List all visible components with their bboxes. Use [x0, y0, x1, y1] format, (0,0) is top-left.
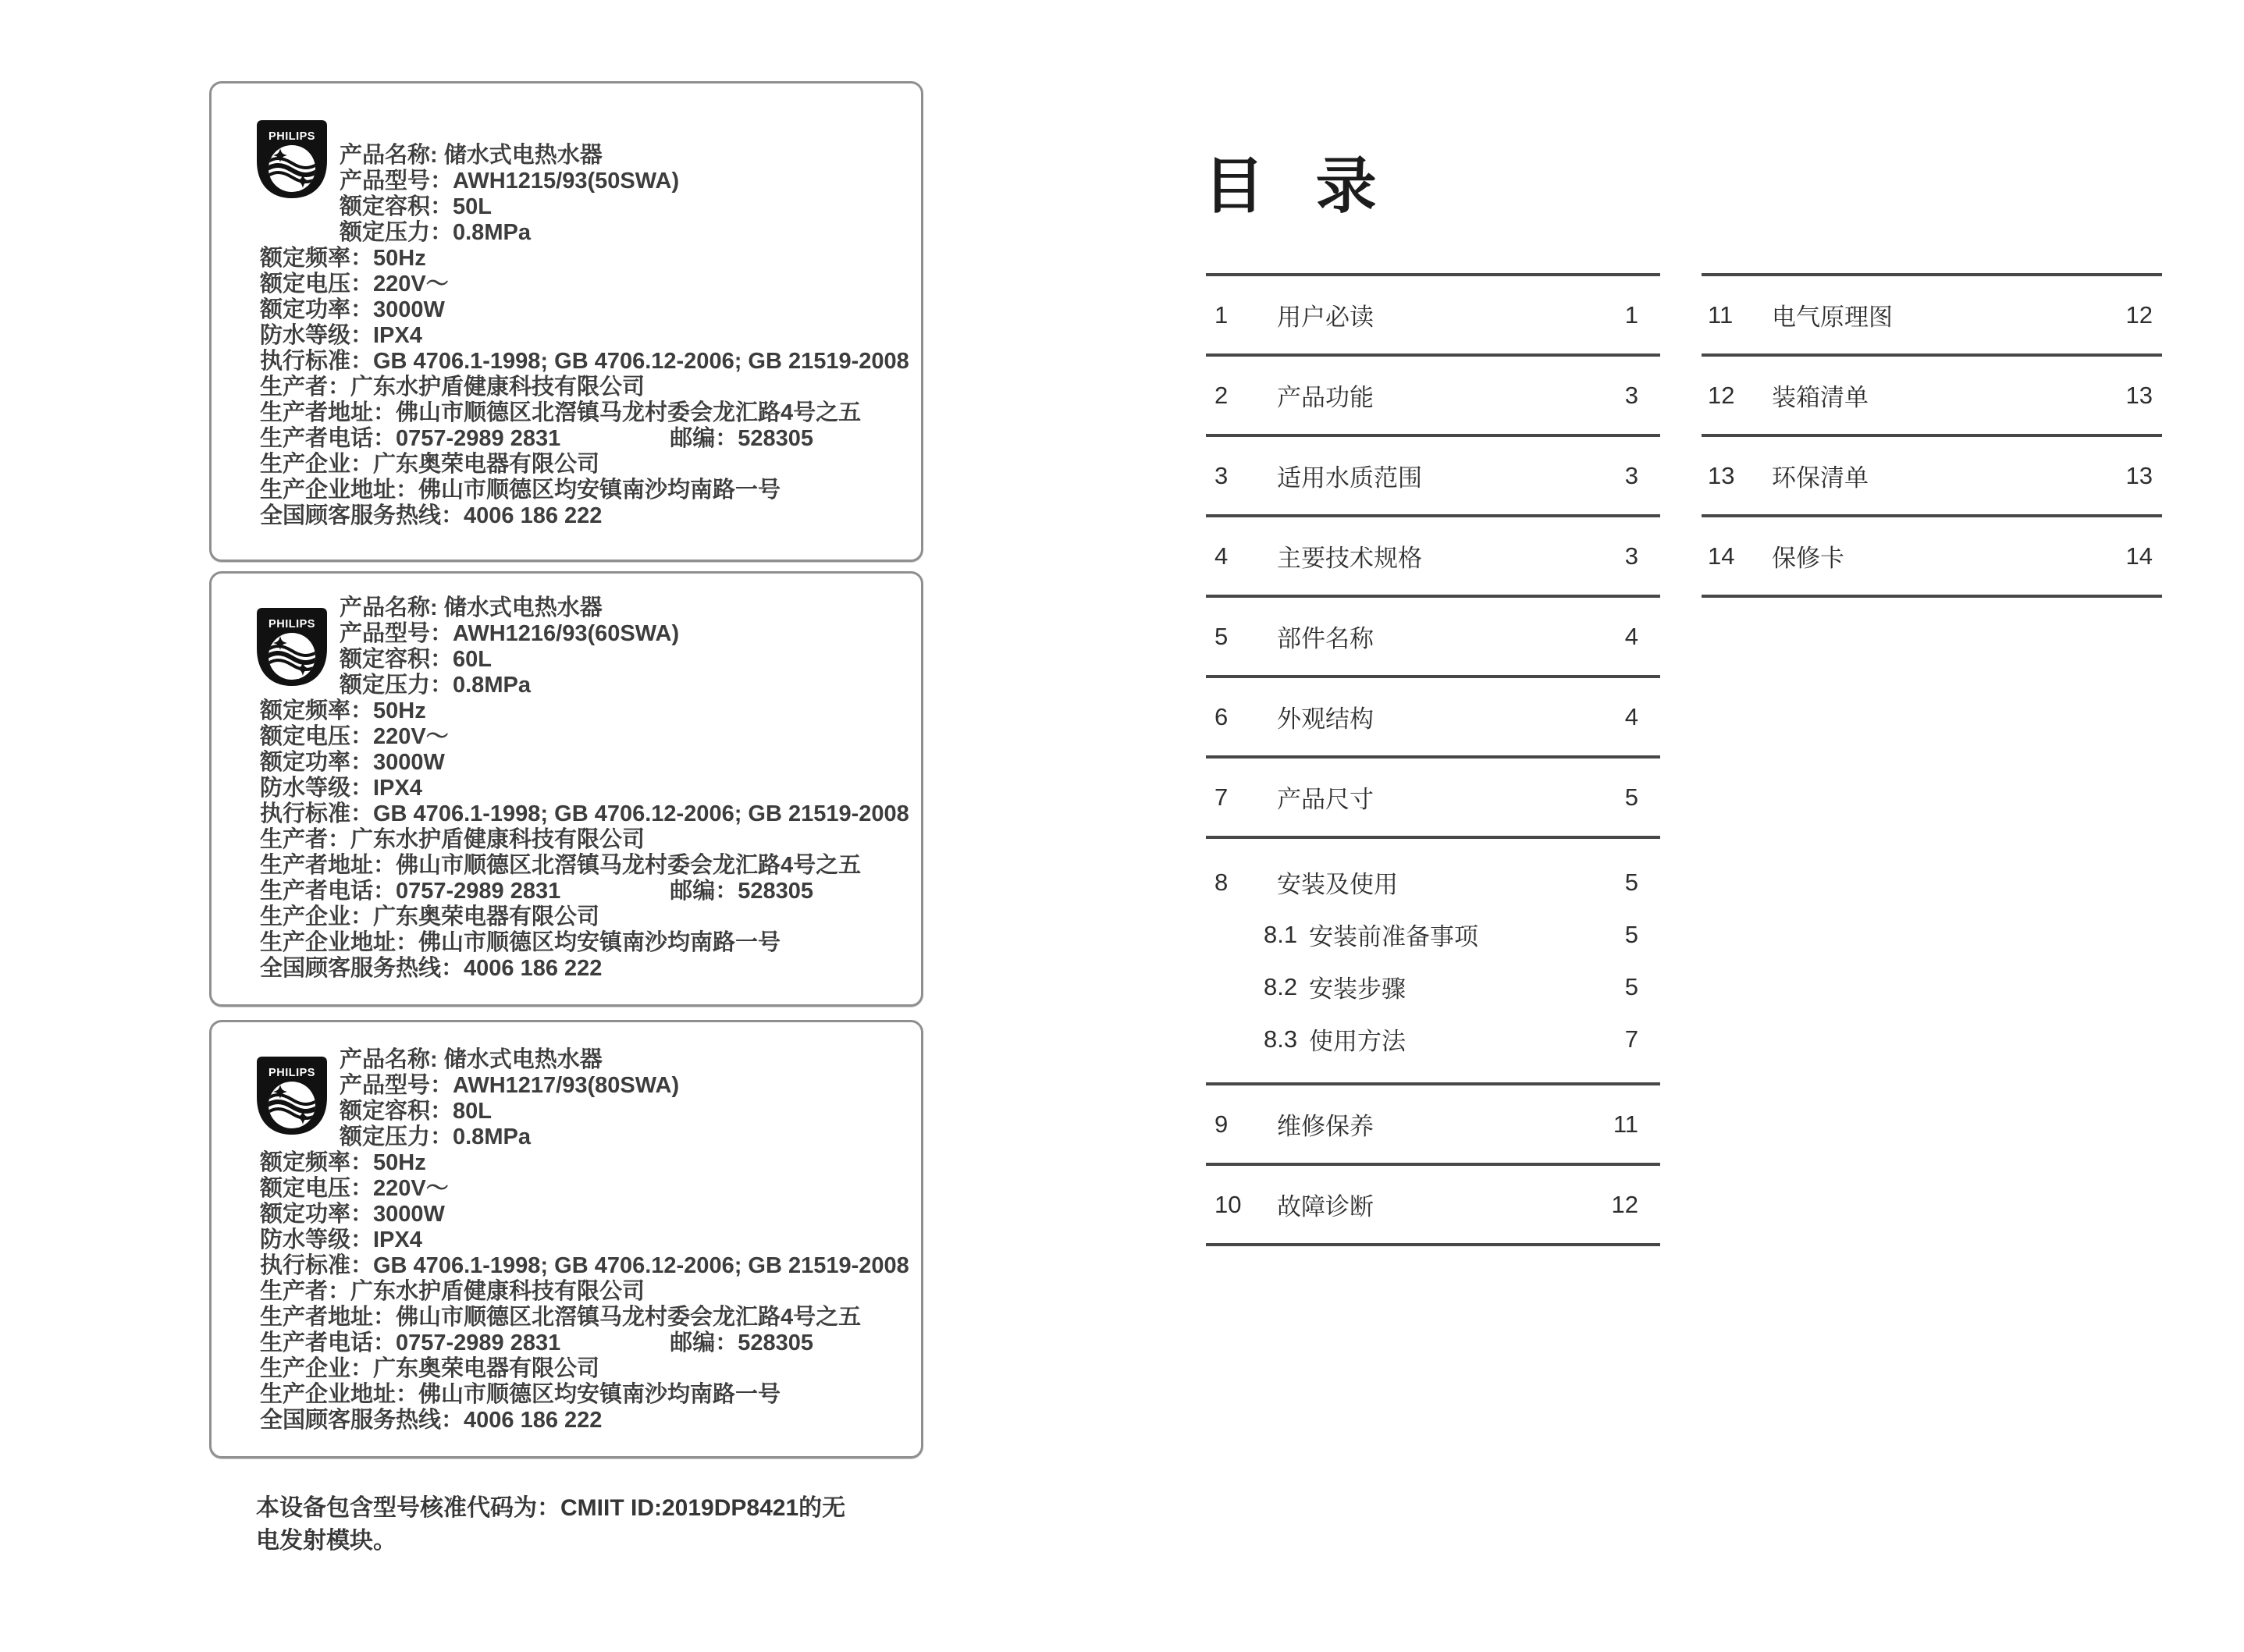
- producer-phone-line: 生产者电话：0757-2989 2831邮编：528305: [212, 1330, 921, 1356]
- toc-row[interactable]: 1 用户必读 1: [1206, 297, 1660, 332]
- toc-entry-label: 外观结构: [1277, 699, 1374, 734]
- toc-entry-label: 装箱清单: [1772, 378, 1869, 413]
- toc-entry-label: 适用水质范围: [1277, 458, 1422, 493]
- toc-entry-6: 6 外观结构 4: [1206, 675, 1660, 755]
- toc-entry-number: 3: [1214, 462, 1277, 490]
- cmiit-note-line2: 电发射模块。: [256, 1525, 958, 1558]
- toc-entry-number: 4: [1214, 542, 1277, 570]
- rated-pressure: 额定压力：0.8MPa: [212, 220, 921, 246]
- waterproof-grade: 防水等级：IPX4: [212, 1227, 921, 1253]
- producer-phone: 生产者电话：0757-2989 2831: [260, 1330, 560, 1355]
- postal-code: 邮编：528305: [670, 1330, 813, 1355]
- toc-row[interactable]: 3 适用水质范围 3: [1206, 458, 1660, 493]
- rated-power: 额定功率：3000W: [212, 750, 921, 776]
- toc-entry-12: 12 装箱清单 13: [1702, 353, 2162, 434]
- toc-entry-5: 5 部件名称 4: [1206, 595, 1660, 675]
- philips-wordmark: PHILIPS: [268, 130, 315, 143]
- toc-row[interactable]: 12 装箱清单 13: [1702, 378, 2162, 413]
- toc-entry-number: 2: [1214, 382, 1277, 410]
- toc-entry-9: 9 维修保养 11: [1206, 1082, 1660, 1163]
- toc-entry-number: 8.3: [1264, 1025, 1309, 1053]
- toc-entry-number: 9: [1214, 1110, 1277, 1139]
- toc-entry-label: 安装步骤: [1309, 969, 1406, 1004]
- toc-entry-label: 用户必读: [1277, 297, 1374, 332]
- toc-entry-label: 环保清单: [1772, 458, 1869, 493]
- producer: 生产者：广东水护盾健康科技有限公司: [212, 375, 921, 400]
- producer: 生产者：广东水护盾健康科技有限公司: [212, 827, 921, 853]
- cmiit-note: 本设备包含型号核准代码为：CMIIT ID:2019DP8421的无 电发射模块…: [256, 1492, 958, 1558]
- philips-wordmark: PHILIPS: [268, 1067, 315, 1079]
- manufacturer: 生产企业：广东奥荣电器有限公司: [212, 1356, 921, 1382]
- toc-entry-label: 安装前准备事项: [1309, 917, 1478, 952]
- toc-row[interactable]: 14 保修卡 14: [1702, 538, 2162, 574]
- rating-label-box-60l: PHILIPS 产品名称: 储水式电热水器 产品型号：AWH1216/93(60…: [209, 571, 923, 1007]
- standards: 执行标准：GB 4706.1-1998; GB 4706.12-2006; GB…: [212, 1253, 921, 1279]
- toc-row[interactable]: 10 故障诊断 12: [1206, 1187, 1660, 1222]
- manufacturer: 生产企业：广东奥荣电器有限公司: [212, 452, 921, 478]
- postal-code: 邮编：528305: [670, 426, 813, 451]
- toc-bottom-rule: [1206, 1243, 1660, 1246]
- toc-entry-page: 4: [1625, 703, 1638, 731]
- toc-entry-label: 使用方法: [1309, 1021, 1406, 1057]
- postal-code: 邮编：528305: [670, 879, 813, 904]
- toc-entry-10: 10 故障诊断 12: [1206, 1163, 1660, 1243]
- toc-entry-3: 3 适用水质范围 3: [1206, 434, 1660, 514]
- toc-entry-page: 5: [1625, 973, 1638, 1001]
- toc-title: 目 录: [1204, 137, 1394, 225]
- toc-entry-number: 5: [1214, 623, 1277, 651]
- toc-entry-label: 安装及使用: [1277, 865, 1398, 900]
- philips-logo: PHILIPS: [257, 120, 327, 198]
- toc-entry-number: 8.1: [1264, 921, 1309, 949]
- toc-entry-number: 8: [1214, 869, 1277, 897]
- toc-entry-4: 4 主要技术规格 3: [1206, 514, 1660, 595]
- toc-entry-label: 电气原理图: [1772, 297, 1893, 332]
- toc-entry-page: 7: [1625, 1025, 1638, 1053]
- toc-entry-page: 14: [2126, 542, 2153, 570]
- waterproof-grade: 防水等级：IPX4: [212, 776, 921, 801]
- toc-row[interactable]: 2 产品功能 3: [1206, 378, 1660, 413]
- toc-entry-page: 5: [1625, 783, 1638, 812]
- toc-entry-label: 保修卡: [1772, 538, 1844, 574]
- toc-left-column: 1 用户必读 1 2 产品功能 3 3 适用水质范围 3 4 主要技术规格 3: [1206, 273, 1660, 1246]
- toc-entry-number: 8.2: [1264, 973, 1309, 1001]
- toc-entry-page: 13: [2126, 382, 2153, 410]
- service-hotline: 全国顾客服务热线：4006 186 222: [212, 503, 921, 529]
- manufacturer-address: 生产企业地址：佛山市顺德区均安镇南沙均南路一号: [212, 930, 921, 956]
- producer-phone-line: 生产者电话：0757-2989 2831邮编：528305: [212, 426, 921, 452]
- toc-entry-number: 13: [1708, 462, 1772, 490]
- toc-entry-11: 11 电气原理图 12: [1702, 273, 2162, 353]
- toc-entry-number: 1: [1214, 301, 1277, 329]
- philips-logo: PHILIPS: [257, 1057, 327, 1135]
- philips-logo: PHILIPS: [257, 608, 327, 686]
- toc-row[interactable]: 8 安装及使用 5: [1206, 856, 1660, 908]
- toc-entry-page: 12: [1612, 1191, 1638, 1219]
- toc-entry-13: 13 环保清单 13: [1702, 434, 2162, 514]
- toc-row[interactable]: 7 产品尺寸 5: [1206, 780, 1660, 815]
- toc-entry-number: 14: [1708, 542, 1772, 570]
- rated-voltage: 额定电压：220V～: [212, 1176, 921, 1202]
- service-hotline: 全国顾客服务热线：4006 186 222: [212, 1408, 921, 1434]
- producer-address: 生产者地址：佛山市顺德区北滘镇马龙村委会龙汇路4号之五: [212, 400, 921, 426]
- toc-entry-label: 产品尺寸: [1277, 780, 1374, 815]
- manufacturer-address: 生产企业地址：佛山市顺德区均安镇南沙均南路一号: [212, 478, 921, 503]
- toc-entry-number: 11: [1708, 301, 1772, 329]
- toc-row[interactable]: 13 环保清单 13: [1702, 458, 2162, 493]
- toc-entry-label: 产品功能: [1277, 378, 1374, 413]
- producer-address: 生产者地址：佛山市顺德区北滘镇马龙村委会龙汇路4号之五: [212, 1305, 921, 1330]
- toc-entry-8-group: 8 安装及使用 5 8.1 安装前准备事项 5 8.2 安装步骤 5 8.3 使…: [1206, 836, 1660, 1082]
- rated-voltage: 额定电压：220V～: [212, 724, 921, 750]
- toc-row[interactable]: 11 电气原理图 12: [1702, 297, 2162, 332]
- waterproof-grade: 防水等级：IPX4: [212, 323, 921, 349]
- toc-row[interactable]: 4 主要技术规格 3: [1206, 538, 1660, 574]
- toc-entry-label: 维修保养: [1277, 1107, 1374, 1142]
- philips-wordmark: PHILIPS: [268, 618, 315, 631]
- toc-entry-label: 主要技术规格: [1277, 538, 1422, 574]
- producer-phone: 生产者电话：0757-2989 2831: [260, 879, 560, 904]
- service-hotline: 全国顾客服务热线：4006 186 222: [212, 956, 921, 982]
- rated-voltage: 额定电压：220V～: [212, 272, 921, 297]
- toc-entry-number: 7: [1214, 783, 1277, 812]
- toc-entry-14: 14 保修卡 14: [1702, 514, 2162, 595]
- toc-entry-page: 3: [1625, 542, 1638, 570]
- toc-entry-label: 部件名称: [1277, 619, 1374, 654]
- standards: 执行标准：GB 4706.1-1998; GB 4706.12-2006; GB…: [212, 801, 921, 827]
- toc-bottom-rule: [1702, 595, 2162, 598]
- cmiit-note-line1: 本设备包含型号核准代码为：CMIIT ID:2019DP8421的无: [256, 1492, 958, 1525]
- toc-entry-page: 3: [1625, 462, 1638, 490]
- toc-entry-number: 12: [1708, 382, 1772, 410]
- toc-row-sub[interactable]: 8.1 安装前准备事项 5: [1206, 908, 1660, 961]
- standards: 执行标准：GB 4706.1-1998; GB 4706.12-2006; GB…: [212, 349, 921, 375]
- toc-entry-label: 故障诊断: [1277, 1187, 1374, 1222]
- toc-entry-page: 11: [1613, 1110, 1638, 1139]
- toc-entry-page: 3: [1625, 382, 1638, 410]
- toc-entry-page: 5: [1625, 921, 1638, 949]
- manufacturer-address: 生产企业地址：佛山市顺德区均安镇南沙均南路一号: [212, 1382, 921, 1408]
- toc-row[interactable]: 6 外观结构 4: [1206, 699, 1660, 734]
- rating-label-box-80l: PHILIPS 产品名称: 储水式电热水器 产品型号：AWH1217/93(80…: [209, 1020, 923, 1458]
- toc-entry-page: 1: [1625, 301, 1638, 329]
- toc-right-column: 11 电气原理图 12 12 装箱清单 13 13 环保清单 13 14 保修卡: [1702, 273, 2162, 598]
- toc-entry-7: 7 产品尺寸 5: [1206, 755, 1660, 836]
- producer-address: 生产者地址：佛山市顺德区北滘镇马龙村委会龙汇路4号之五: [212, 853, 921, 879]
- rated-power: 额定功率：3000W: [212, 297, 921, 323]
- toc-entry-page: 4: [1625, 623, 1638, 651]
- toc-entry-2: 2 产品功能 3: [1206, 353, 1660, 434]
- rated-frequency: 额定频率：50Hz: [212, 698, 921, 724]
- producer: 生产者：广东水护盾健康科技有限公司: [212, 1279, 921, 1305]
- toc-row[interactable]: 5 部件名称 4: [1206, 619, 1660, 654]
- toc-row-sub[interactable]: 8.2 安装步骤 5: [1206, 961, 1660, 1013]
- toc-entry-number: 6: [1214, 703, 1277, 731]
- producer-phone-line: 生产者电话：0757-2989 2831邮编：528305: [212, 879, 921, 904]
- toc-entry-page: 5: [1625, 869, 1638, 897]
- rated-power: 额定功率：3000W: [212, 1202, 921, 1227]
- manual-page: PHILIPS 产品名称: 储水式电热水器 产品型号：AWH1215/93(50…: [0, 0, 2244, 1652]
- toc-row[interactable]: 9 维修保养 11: [1206, 1107, 1660, 1142]
- toc-row-sub[interactable]: 8.3 使用方法 7: [1206, 1013, 1660, 1065]
- toc-entry-page: 12: [2126, 301, 2153, 329]
- toc-entry-number: 10: [1214, 1191, 1277, 1219]
- rated-frequency: 额定频率：50Hz: [212, 1150, 921, 1176]
- rating-label-box-50l: PHILIPS 产品名称: 储水式电热水器 产品型号：AWH1215/93(50…: [209, 81, 923, 562]
- toc-entry-1: 1 用户必读 1: [1206, 273, 1660, 353]
- rated-frequency: 额定频率：50Hz: [212, 246, 921, 272]
- toc-entry-page: 13: [2126, 462, 2153, 490]
- producer-phone: 生产者电话：0757-2989 2831: [260, 426, 560, 451]
- manufacturer: 生产企业：广东奥荣电器有限公司: [212, 904, 921, 930]
